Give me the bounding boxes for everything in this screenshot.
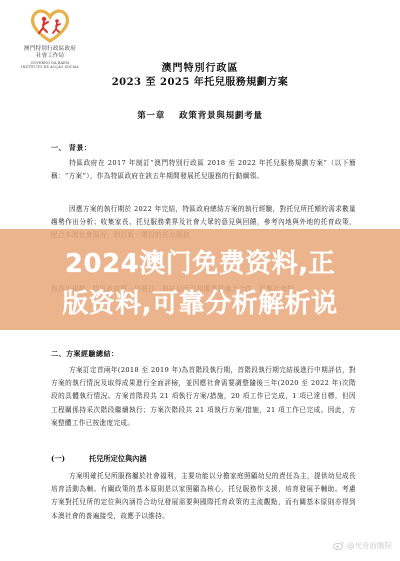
heart-logo-icon bbox=[28, 8, 72, 44]
subsection-heading: (一)托兒所定位與內涵 bbox=[51, 454, 147, 464]
chapter-heading: 第一章政策背景與規劃考量 bbox=[0, 109, 400, 121]
chapter-title: 政策背景與規劃考量 bbox=[179, 111, 263, 121]
paragraph-text: 方案訂定首兩年(2018 至 2019 年)為首階段執行期，首階段執行期完結後進… bbox=[51, 366, 356, 427]
paragraph-text: 方案明確托兒所服務屬於社會福利，主要功能以分擔家庭照顧幼兒的責任為主，提供幼兒成… bbox=[51, 472, 356, 520]
watermark-text: @光音前瞻院 bbox=[347, 540, 392, 551]
section1-paragraph-1: 特區政府在 2017 年制訂“澳門特別行政區 2018 至 2022 年托兒服務… bbox=[51, 157, 356, 183]
section1-heading: 一、 背景： bbox=[51, 143, 91, 153]
subsection-number: (一) bbox=[51, 454, 89, 464]
section2-paragraph: 方案訂定首兩年(2018 至 2019 年)為首階段執行期，首階段執行期完結後進… bbox=[51, 364, 356, 430]
promo-overlay-line1: 2024澳门免费资料,正 bbox=[0, 243, 400, 280]
weibo-icon bbox=[333, 541, 344, 550]
subsection-title: 托兒所定位與內涵 bbox=[89, 454, 147, 463]
document-title-line1: 澳門特別行政區 bbox=[0, 59, 400, 74]
chapter-number: 第一章 bbox=[137, 111, 165, 121]
promo-overlay-line2: 版资料,可靠分析解析说 bbox=[0, 283, 400, 320]
document-title-line2: 2023 至 2025 年托兒服務規劃方案 bbox=[0, 73, 400, 88]
subsection-paragraph: 方案明確托兒所服務屬於社會福利，主要功能以分擔家庭照顧幼兒的責任為主，提供幼兒成… bbox=[51, 470, 356, 523]
paragraph-text: 特區政府在 2017 年制訂“澳門特別行政區 2018 至 2022 年托兒服務… bbox=[51, 159, 356, 180]
org-name-line1: 澳門特別行政區政府 bbox=[10, 46, 90, 53]
document-page: 澳門特別行政區政府 社會工作局 GOVERNO DA RAEM INSTITUT… bbox=[0, 0, 400, 561]
watermark: @光音前瞻院 bbox=[333, 540, 392, 551]
section2-heading: 二、方案經驗總結： bbox=[51, 349, 119, 359]
